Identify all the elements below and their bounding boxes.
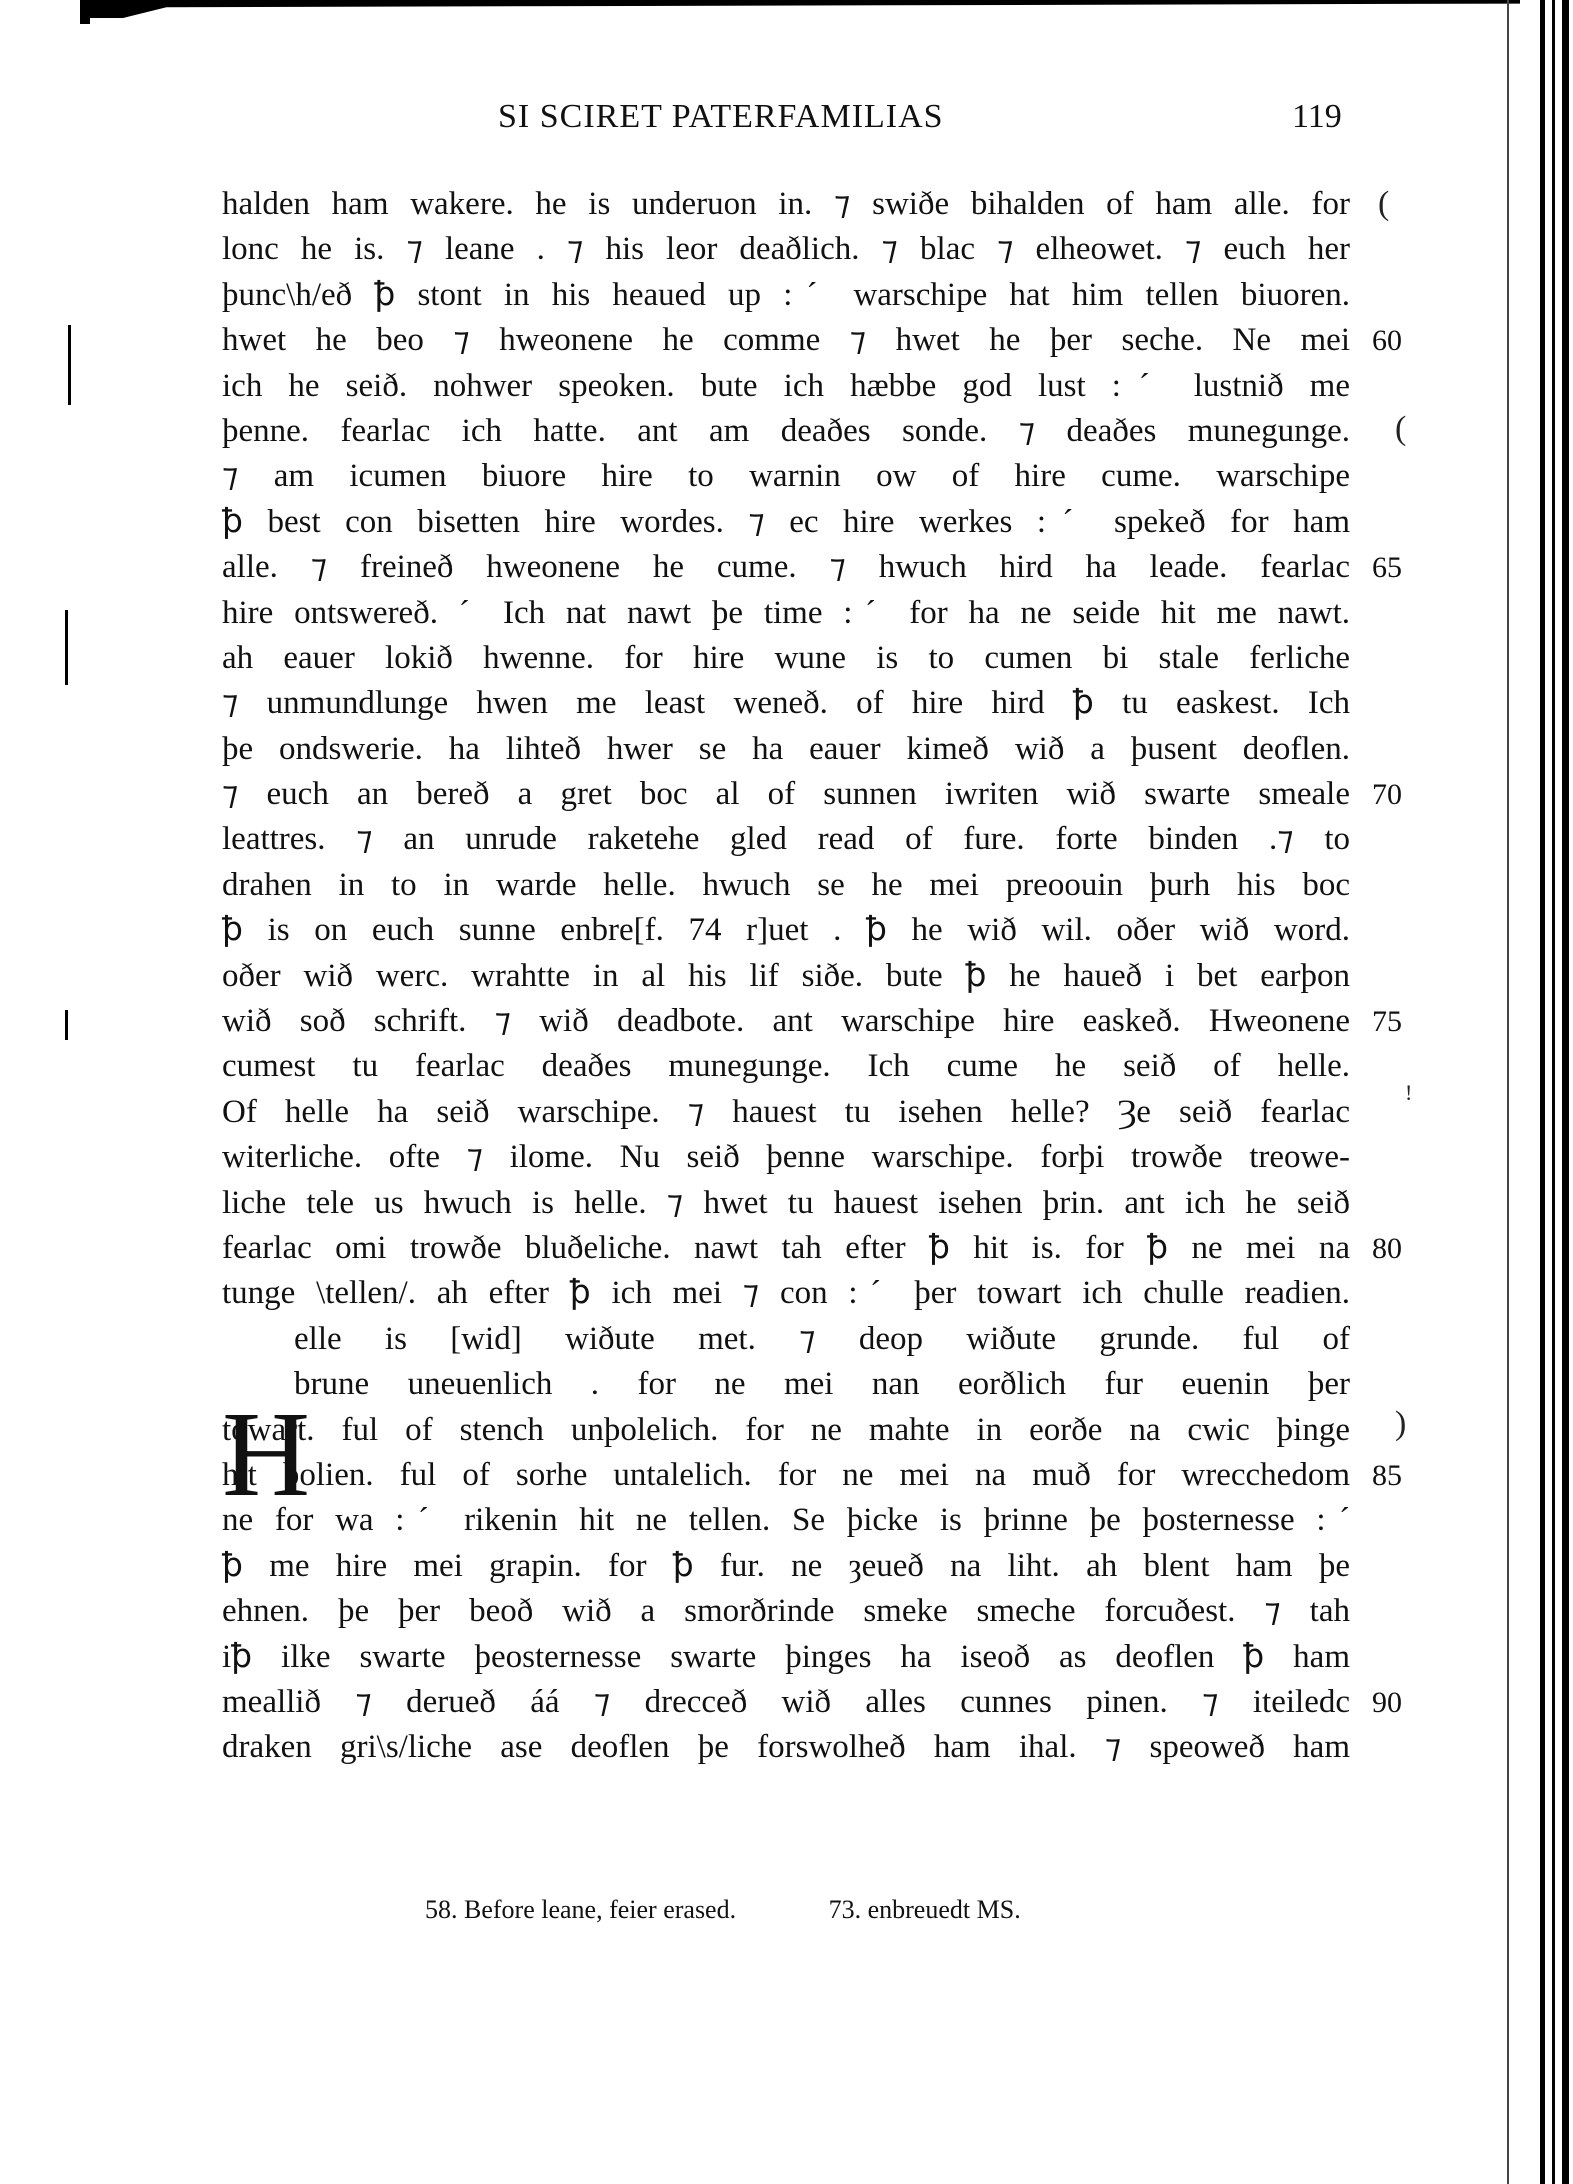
text-line-content: ne for wa :ˊ rikenin hit ne tellen. Se þ… — [222, 1498, 1350, 1543]
footnotes: 58. Before leane, feier erased. 73. enbr… — [425, 1895, 1021, 1925]
text-line: meallið ⁊ derueð áá ⁊ drecceð wið alles … — [222, 1680, 1352, 1725]
binding-line — [1507, 0, 1509, 2184]
text-line-content: ich he seið. nohwer speoken. bute ich hæ… — [222, 364, 1350, 409]
text-line-content: fearlac omi trowðe bluðeliche. nawt tah … — [222, 1226, 1350, 1271]
text-line-content: þe ondswerie. ha lihteð hwer se ha eauer… — [222, 727, 1350, 772]
footnote: 58. Before leane, feier erased. — [425, 1895, 736, 1924]
text-line: brune uneuenlich . for ne mei nan eorðli… — [222, 1362, 1352, 1407]
text-line: liche tele us hwuch is helle. ⁊ hwet tu … — [222, 1181, 1352, 1226]
line-number: 90 — [1372, 1680, 1402, 1725]
text-line: lonc he is. ⁊ leane . ⁊ his leor deaðlic… — [222, 227, 1352, 272]
margin-scratch — [65, 1010, 68, 1040]
text-line-content: ꝥ me hire mei grapin. for ꝥ fur. ne ȝeue… — [222, 1544, 1350, 1589]
text-line: elle is [wid] wiðute met. ⁊ deop wiðute … — [222, 1317, 1352, 1362]
text-line-content: liche tele us hwuch is helle. ⁊ hwet tu … — [222, 1181, 1350, 1226]
text-line-content: drahen in to in warde helle. hwuch se he… — [222, 863, 1350, 908]
text-line: drahen in to in warde helle. hwuch se he… — [222, 863, 1352, 908]
text-line-content: ehnen. þe þer beoð wið a smorðrinde smek… — [222, 1589, 1350, 1634]
text-line: þe ondswerie. ha lihteð hwer se ha eauer… — [222, 727, 1352, 772]
text-line: wið soð schrift. ⁊ wið deadbote. ant war… — [222, 999, 1352, 1044]
text-line-content: witerliche. ofte ⁊ ilome. Nu seið þenne … — [222, 1135, 1350, 1180]
text-line: þunc\h/eð ꝥ stont in his heaued up :ˊ wa… — [222, 273, 1352, 318]
text-line: towart. ful of stench unþolelich. for ne… — [222, 1408, 1352, 1453]
text-line: ne for wa :ˊ rikenin hit ne tellen. Se þ… — [222, 1498, 1352, 1543]
text-line-content: ⁊ unmundlunge hwen me least weneð. of hi… — [222, 681, 1350, 726]
body-text: halden ham wakere. he is underuon in. ⁊ … — [222, 182, 1352, 1771]
text-line: halden ham wakere. he is underuon in. ⁊ … — [222, 182, 1352, 227]
text-line: cumest tu fearlac deaðes munegunge. Ich … — [222, 1044, 1352, 1089]
text-line-content: ⁊ euch an bereð a gret boc al of sunnen … — [222, 772, 1350, 817]
line-number: 65 — [1372, 545, 1402, 590]
text-line-content: halden ham wakere. he is underuon in. ⁊ … — [222, 182, 1350, 227]
page-number: 119 — [1292, 98, 1342, 136]
line-number: 80 — [1372, 1226, 1402, 1271]
margin-bracket-mark: ( — [1378, 185, 1389, 223]
text-line: fearlac omi trowðe bluðeliche. nawt tah … — [222, 1226, 1352, 1271]
text-line-content: brune uneuenlich . for ne mei nan eorðli… — [294, 1362, 1350, 1407]
page-edge-shadow — [80, 0, 1520, 18]
text-line: ich he seið. nohwer speoken. bute ich hæ… — [222, 364, 1352, 409]
text-line-content: hire ontswereð. ˊ Ich nat nawt þe time :… — [222, 591, 1350, 636]
text-line-content: hit þolien. ful of sorhe untalelich. for… — [222, 1453, 1350, 1498]
binding-line — [1552, 0, 1555, 2184]
text-line-content: cumest tu fearlac deaðes munegunge. Ich … — [222, 1044, 1350, 1089]
text-line-content: ꝥ best con bisetten hire wordes. ⁊ ec hi… — [222, 500, 1350, 545]
margin-scratch — [65, 610, 68, 685]
text-line: iꝥ ilke swarte þeosternesse swarte þinge… — [222, 1635, 1352, 1680]
text-line: Of helle ha seið warschipe. ⁊ hauest tu … — [222, 1090, 1352, 1135]
text-line: þenne. fearlac ich hatte. ant am deaðes … — [222, 409, 1352, 454]
text-line: ⁊ am icumen biuore hire to warnin ow of … — [222, 454, 1352, 499]
text-line-content: leattres. ⁊ an unrude raketehe gled read… — [222, 817, 1350, 862]
running-head: SI SCIRET PATERFAMILIAS — [498, 98, 944, 136]
text-line-content: hwet he beo ⁊ hweonene he comme ⁊ hwet h… — [222, 318, 1350, 363]
margin-bracket-mark: ) — [1395, 1405, 1406, 1443]
text-line: ꝥ me hire mei grapin. for ꝥ fur. ne ȝeue… — [222, 1544, 1352, 1589]
text-line: hwet he beo ⁊ hweonene he comme ⁊ hwet h… — [222, 318, 1352, 363]
binding-line — [1562, 0, 1569, 2184]
text-line-content: þenne. fearlac ich hatte. ant am deaðes … — [222, 409, 1350, 454]
margin-bracket-mark: ( — [1395, 410, 1406, 448]
line-number: 85 — [1372, 1453, 1402, 1498]
text-line-content: Of helle ha seið warschipe. ⁊ hauest tu … — [222, 1090, 1350, 1135]
text-line: leattres. ⁊ an unrude raketehe gled read… — [222, 817, 1352, 862]
footnote: 73. enbreuedt MS. — [829, 1895, 1021, 1924]
text-line: alle. ⁊ freineð hweonene he cume. ⁊ hwuc… — [222, 545, 1352, 590]
text-line: ah eauer lokið hwenne. for hire wune is … — [222, 636, 1352, 681]
text-line-content: towart. ful of stench unþolelich. for ne… — [222, 1408, 1350, 1453]
binding-line — [1540, 0, 1545, 2184]
text-line: ⁊ unmundlunge hwen me least weneð. of hi… — [222, 681, 1352, 726]
page-edge-shadow-nub — [80, 6, 90, 24]
text-line-content: elle is [wid] wiðute met. ⁊ deop wiðute … — [294, 1317, 1350, 1362]
line-number: 70 — [1372, 772, 1402, 817]
text-line-content: oðer wið werc. wrahtte in al his lif sið… — [222, 954, 1350, 999]
text-line: hit þolien. ful of sorhe untalelich. for… — [222, 1453, 1352, 1498]
text-line: ehnen. þe þer beoð wið a smorðrinde smek… — [222, 1589, 1352, 1634]
text-line-content: lonc he is. ⁊ leane . ⁊ his leor deaðlic… — [222, 227, 1350, 272]
text-line: ꝥ is on euch sunne enbre[f. 74 r]uet . ꝥ… — [222, 908, 1352, 953]
text-line-content: tunge \tellen/. ah efter ꝥ ich mei ⁊ con… — [222, 1271, 1350, 1316]
text-line-content: wið soð schrift. ⁊ wið deadbote. ant war… — [222, 999, 1350, 1044]
text-line: hire ontswereð. ˊ Ich nat nawt þe time :… — [222, 591, 1352, 636]
text-line-content: meallið ⁊ derueð áá ⁊ drecceð wið alles … — [222, 1680, 1350, 1725]
text-line: ⁊ euch an bereð a gret boc al of sunnen … — [222, 772, 1352, 817]
text-line: draken gri\s/liche ase deoflen þe forswo… — [222, 1725, 1352, 1770]
text-line-content: draken gri\s/liche ase deoflen þe forswo… — [222, 1725, 1350, 1770]
text-line-content: ꝥ is on euch sunne enbre[f. 74 r]uet . ꝥ… — [222, 908, 1350, 953]
text-line-content: alle. ⁊ freineð hweonene he cume. ⁊ hwuc… — [222, 545, 1350, 590]
text-line-content: ⁊ am icumen biuore hire to warnin ow of … — [222, 454, 1350, 499]
text-line-content: ah eauer lokið hwenne. for hire wune is … — [222, 636, 1350, 681]
text-line-content: iꝥ ilke swarte þeosternesse swarte þinge… — [222, 1635, 1350, 1680]
text-line: tunge \tellen/. ah efter ꝥ ich mei ⁊ con… — [222, 1271, 1352, 1316]
text-line: ꝥ best con bisetten hire wordes. ⁊ ec hi… — [222, 500, 1352, 545]
margin-scratch — [68, 325, 71, 405]
text-line-content: þunc\h/eð ꝥ stont in his heaued up :ˊ wa… — [222, 273, 1350, 318]
line-number: 60 — [1372, 318, 1402, 363]
text-line: oðer wið werc. wrahtte in al his lif sið… — [222, 954, 1352, 999]
text-line: witerliche. ofte ⁊ ilome. Nu seið þenne … — [222, 1135, 1352, 1180]
margin-tick-mark: ! — [1405, 1080, 1412, 1106]
line-number: 75 — [1372, 999, 1402, 1044]
